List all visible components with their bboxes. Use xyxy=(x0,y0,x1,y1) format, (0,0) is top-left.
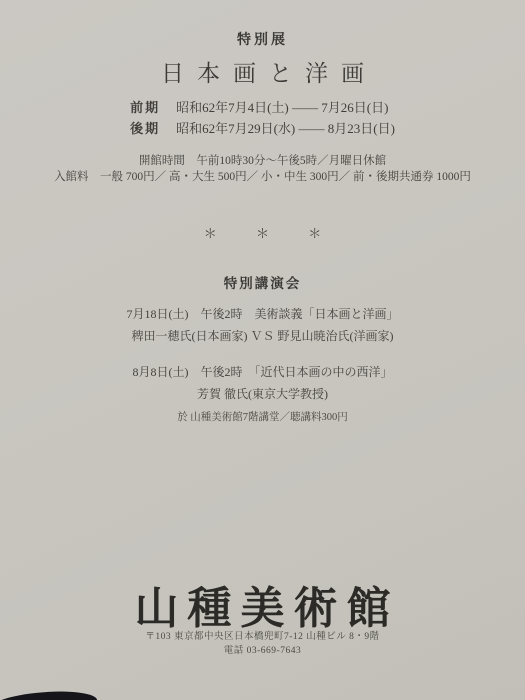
period-label-first: 前期 xyxy=(130,100,160,115)
opening-hours: 開館時間 午前10時30分～午後5時／月曜日休館 xyxy=(0,152,525,168)
period-row-first: 前期昭和62年7月4日(土) ―― 7月26日(日) xyxy=(130,97,395,118)
admission-fees: 入館料 一般 700円／ 高・大生 500円／ 小・中生 300円／ 前・後期共… xyxy=(0,168,525,184)
lecture1-speakers: 稗田一穂氏(日本画家) ＶＳ 野見山暁治氏(洋画家) xyxy=(0,327,525,344)
museum-name-calligraphy: 山種美術館 xyxy=(0,572,525,636)
period-range-first: 昭和62年7月4日(土) ―― 7月26日(日) xyxy=(176,100,388,115)
museum-phone: 電話 03-669-7643 xyxy=(0,642,525,656)
lecture2-datetime-title: 8月8日(土) 午後2時 「近代日本画の中の西洋」 xyxy=(0,363,525,380)
exhibition-type-label: 特別展 xyxy=(0,29,525,49)
lecture1-datetime-title: 7月18日(土) 午後2時 美術談義「日本画と洋画」 xyxy=(0,305,525,322)
exhibition-periods: 前期昭和62年7月4日(土) ―― 7月26日(日) 後期昭和62年7月29日(… xyxy=(0,97,525,139)
asterisk-divider: ＊ ＊ ＊ xyxy=(0,223,525,242)
period-label-second: 後期 xyxy=(130,121,160,136)
photographed-flyer-page: 特別展 日本画と洋画 前期昭和62年7月4日(土) ―― 7月26日(日) 後期… xyxy=(0,0,525,700)
photo-corner-shadow xyxy=(0,690,97,700)
lecture-section-heading: 特別講演会 xyxy=(0,272,525,292)
museum-address: 〒103 東京都中央区日本橋兜町7-12 山種ビル 8・9階 xyxy=(0,628,525,642)
period-range-second: 昭和62年7月29日(水) ―― 8月23日(日) xyxy=(176,121,395,136)
lecture2-speaker: 芳賀 徹氏(東京大学教授) xyxy=(0,385,525,402)
exhibition-title: 日本画と洋画 xyxy=(0,55,525,88)
lecture-venue-fee: 於 山種美術館7階講堂／聴講料300円 xyxy=(0,409,525,424)
period-row-second: 後期昭和62年7月29日(水) ―― 8月23日(日) xyxy=(130,118,395,139)
